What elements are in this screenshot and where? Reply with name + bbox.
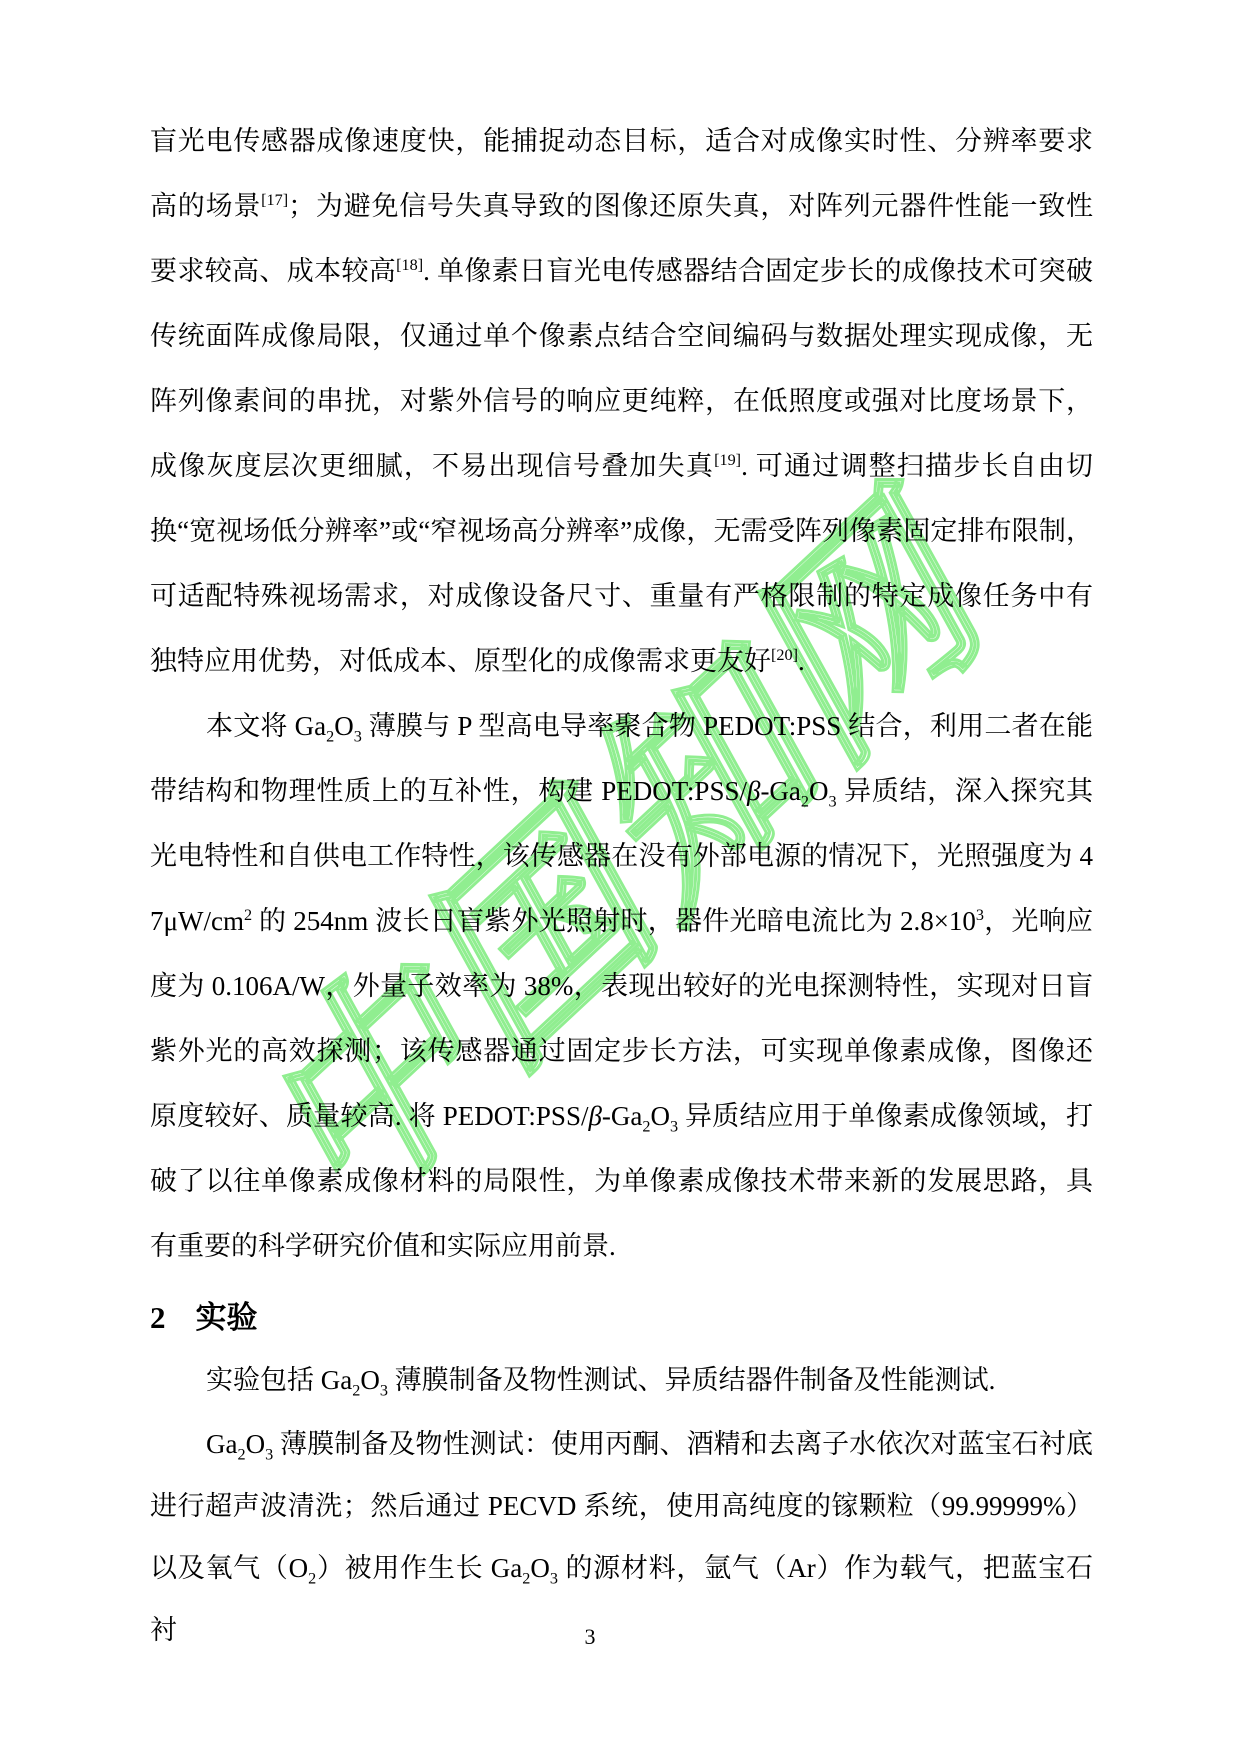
paragraph-this-work: 本文将 Ga2O3 薄膜与 P 型高电导率聚合物 PEDOT:PSS 结合，利用…: [150, 694, 1093, 1279]
section-title: 实验: [196, 1300, 258, 1335]
paragraph-experiment-overview: 实验包括 Ga2O3 薄膜制备及物性测试、异质结器件制备及性能测试.: [150, 1348, 1093, 1413]
section-number: 2: [150, 1296, 166, 1340]
document-page: 中国知网 盲光电传感器成像速度快，能捕捉动态目标，适合对成像实时性、分辨率要求高…: [0, 0, 1241, 1754]
paragraph-imaging-advantages: 盲光电传感器成像速度快，能捕捉动态目标，适合对成像实时性、分辨率要求高的场景[1…: [150, 109, 1093, 694]
page-body: 盲光电传感器成像速度快，能捕捉动态目标，适合对成像实时性、分辨率要求高的场景[1…: [150, 109, 1093, 1661]
section-heading-experiment: 2实验: [150, 1296, 1093, 1340]
page-number: 3: [0, 1624, 1180, 1650]
